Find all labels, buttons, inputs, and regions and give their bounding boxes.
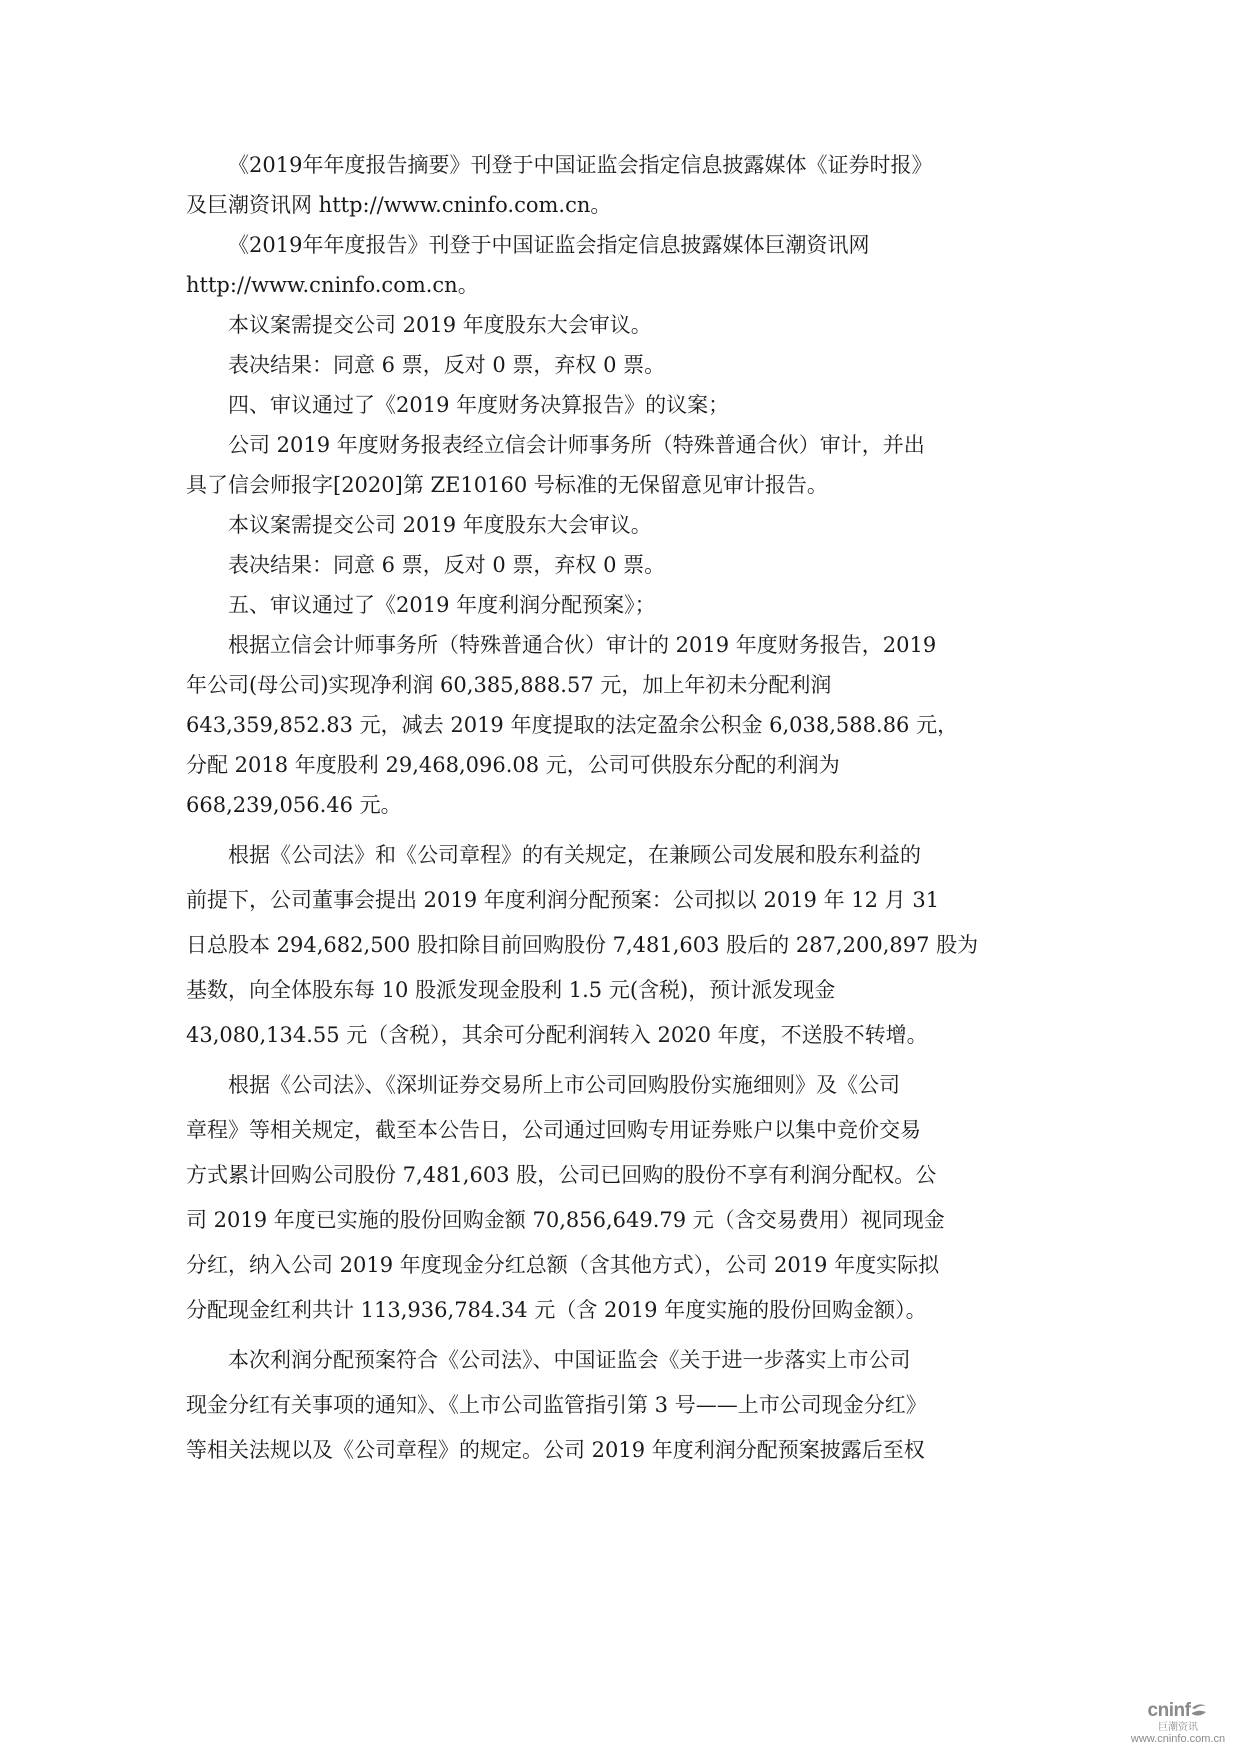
text-line: http://www.cninfo.com.cn。 [186,270,479,300]
text-line: 根据《公司法》、《深圳证券交易所上市公司回购股份实施细则》及《公司 [228,1070,900,1100]
text-line: 本次利润分配预案符合《公司法》、中国证监会《关于进一步落实上市公司 [228,1345,911,1375]
text-line: 前提下，公司董事会提出 2019 年度利润分配预案：公司拟以 2019 年 12… [186,885,939,915]
text-line: 分配现金红利共计 113,936,784.34 元（含 2019 年度实施的股份… [186,1295,927,1325]
text-line: 等相关法规以及《公司章程》的规定。公司 2019 年度利润分配预案披露后至权 [186,1435,925,1465]
text-line: 具了信会师报字[2020]第 ZE10160 号标准的无保留意见审计报告。 [186,470,828,500]
text-line: 五、审议通过了《2019 年度利润分配预案》； [228,590,656,620]
text-line: 司 2019 年度已实施的股份回购金额 70,856,649.79 元（含交易费… [186,1205,945,1235]
text-line: 四、审议通过了《2019 年度财务决算报告》的议案； [228,390,729,420]
text-line: 基数，向全体股东每 10 股派发现金股利 1.5 元(含税)，预计派发现金 [186,975,835,1005]
text-line: 日总股本 294,682,500 股扣除目前回购股份 7,481,603 股后的… [186,930,978,960]
cninfo-watermark: cninf 巨潮资讯 www.cninfo.com.cn [1118,1700,1238,1745]
text-line: 《2019年年度报告摘要》刊登于中国证监会指定信息披露媒体《证券时报》 [228,150,932,180]
text-line: 方式累计回购公司股份 7,481,603 股，公司已回购的股份不享有利润分配权。… [186,1160,936,1190]
text-line: 668,239,056.46 元。 [186,790,402,820]
text-line: 43,080,134.55 元（含税），其余可分配利润转入 2020 年度，不送… [186,1020,928,1050]
text-line: 《2019年年度报告》刊登于中国证监会指定信息披露媒体巨潮资讯网 [228,230,869,260]
text-line: 现金分红有关事项的通知》、《上市公司监管指引第 3 号——上市公司现金分红》 [186,1390,927,1420]
cninfo-cn-name: 巨潮资讯 [1118,1718,1238,1733]
text-line: 年公司(母公司)实现净利润 60,385,888.57 元，加上年初未分配利润 [186,670,831,700]
text-line: 章程》等相关规定，截至本公告日，公司通过回购专用证券账户以集中竞价交易 [186,1115,921,1145]
text-line: 公司 2019 年度财务报表经立信会计师事务所（特殊普通合伙）审计，并出 [228,430,925,460]
text-line: 本议案需提交公司 2019 年度股东大会审议。 [228,310,652,340]
text-line: 本议案需提交公司 2019 年度股东大会审议。 [228,510,652,540]
cninfo-swirl-icon [1190,1702,1208,1718]
text-line: 分配 2018 年度股利 29,468,096.08 元，公司可供股东分配的利润… [186,750,840,780]
text-line: 表决结果：同意 6 票，反对 0 票，弃权 0 票。 [228,550,665,580]
text-line: 及巨潮资讯网 http://www.cninfo.com.cn。 [186,190,611,220]
cninfo-url: www.cninfo.com.cn [1118,1733,1238,1745]
text-line: 表决结果：同意 6 票，反对 0 票，弃权 0 票。 [228,350,665,380]
text-line: 分红，纳入公司 2019 年度现金分红总额（含其他方式），公司 2019 年度实… [186,1250,939,1280]
text-line: 根据立信会计师事务所（特殊普通合伙）审计的 2019 年度财务报告，2019 [228,630,936,660]
text-line: 643,359,852.83 元，减去 2019 年度提取的法定盈余公积金 6,… [186,710,958,740]
text-line: 根据《公司法》和《公司章程》的有关规定，在兼顾公司发展和股东利益的 [228,840,921,870]
